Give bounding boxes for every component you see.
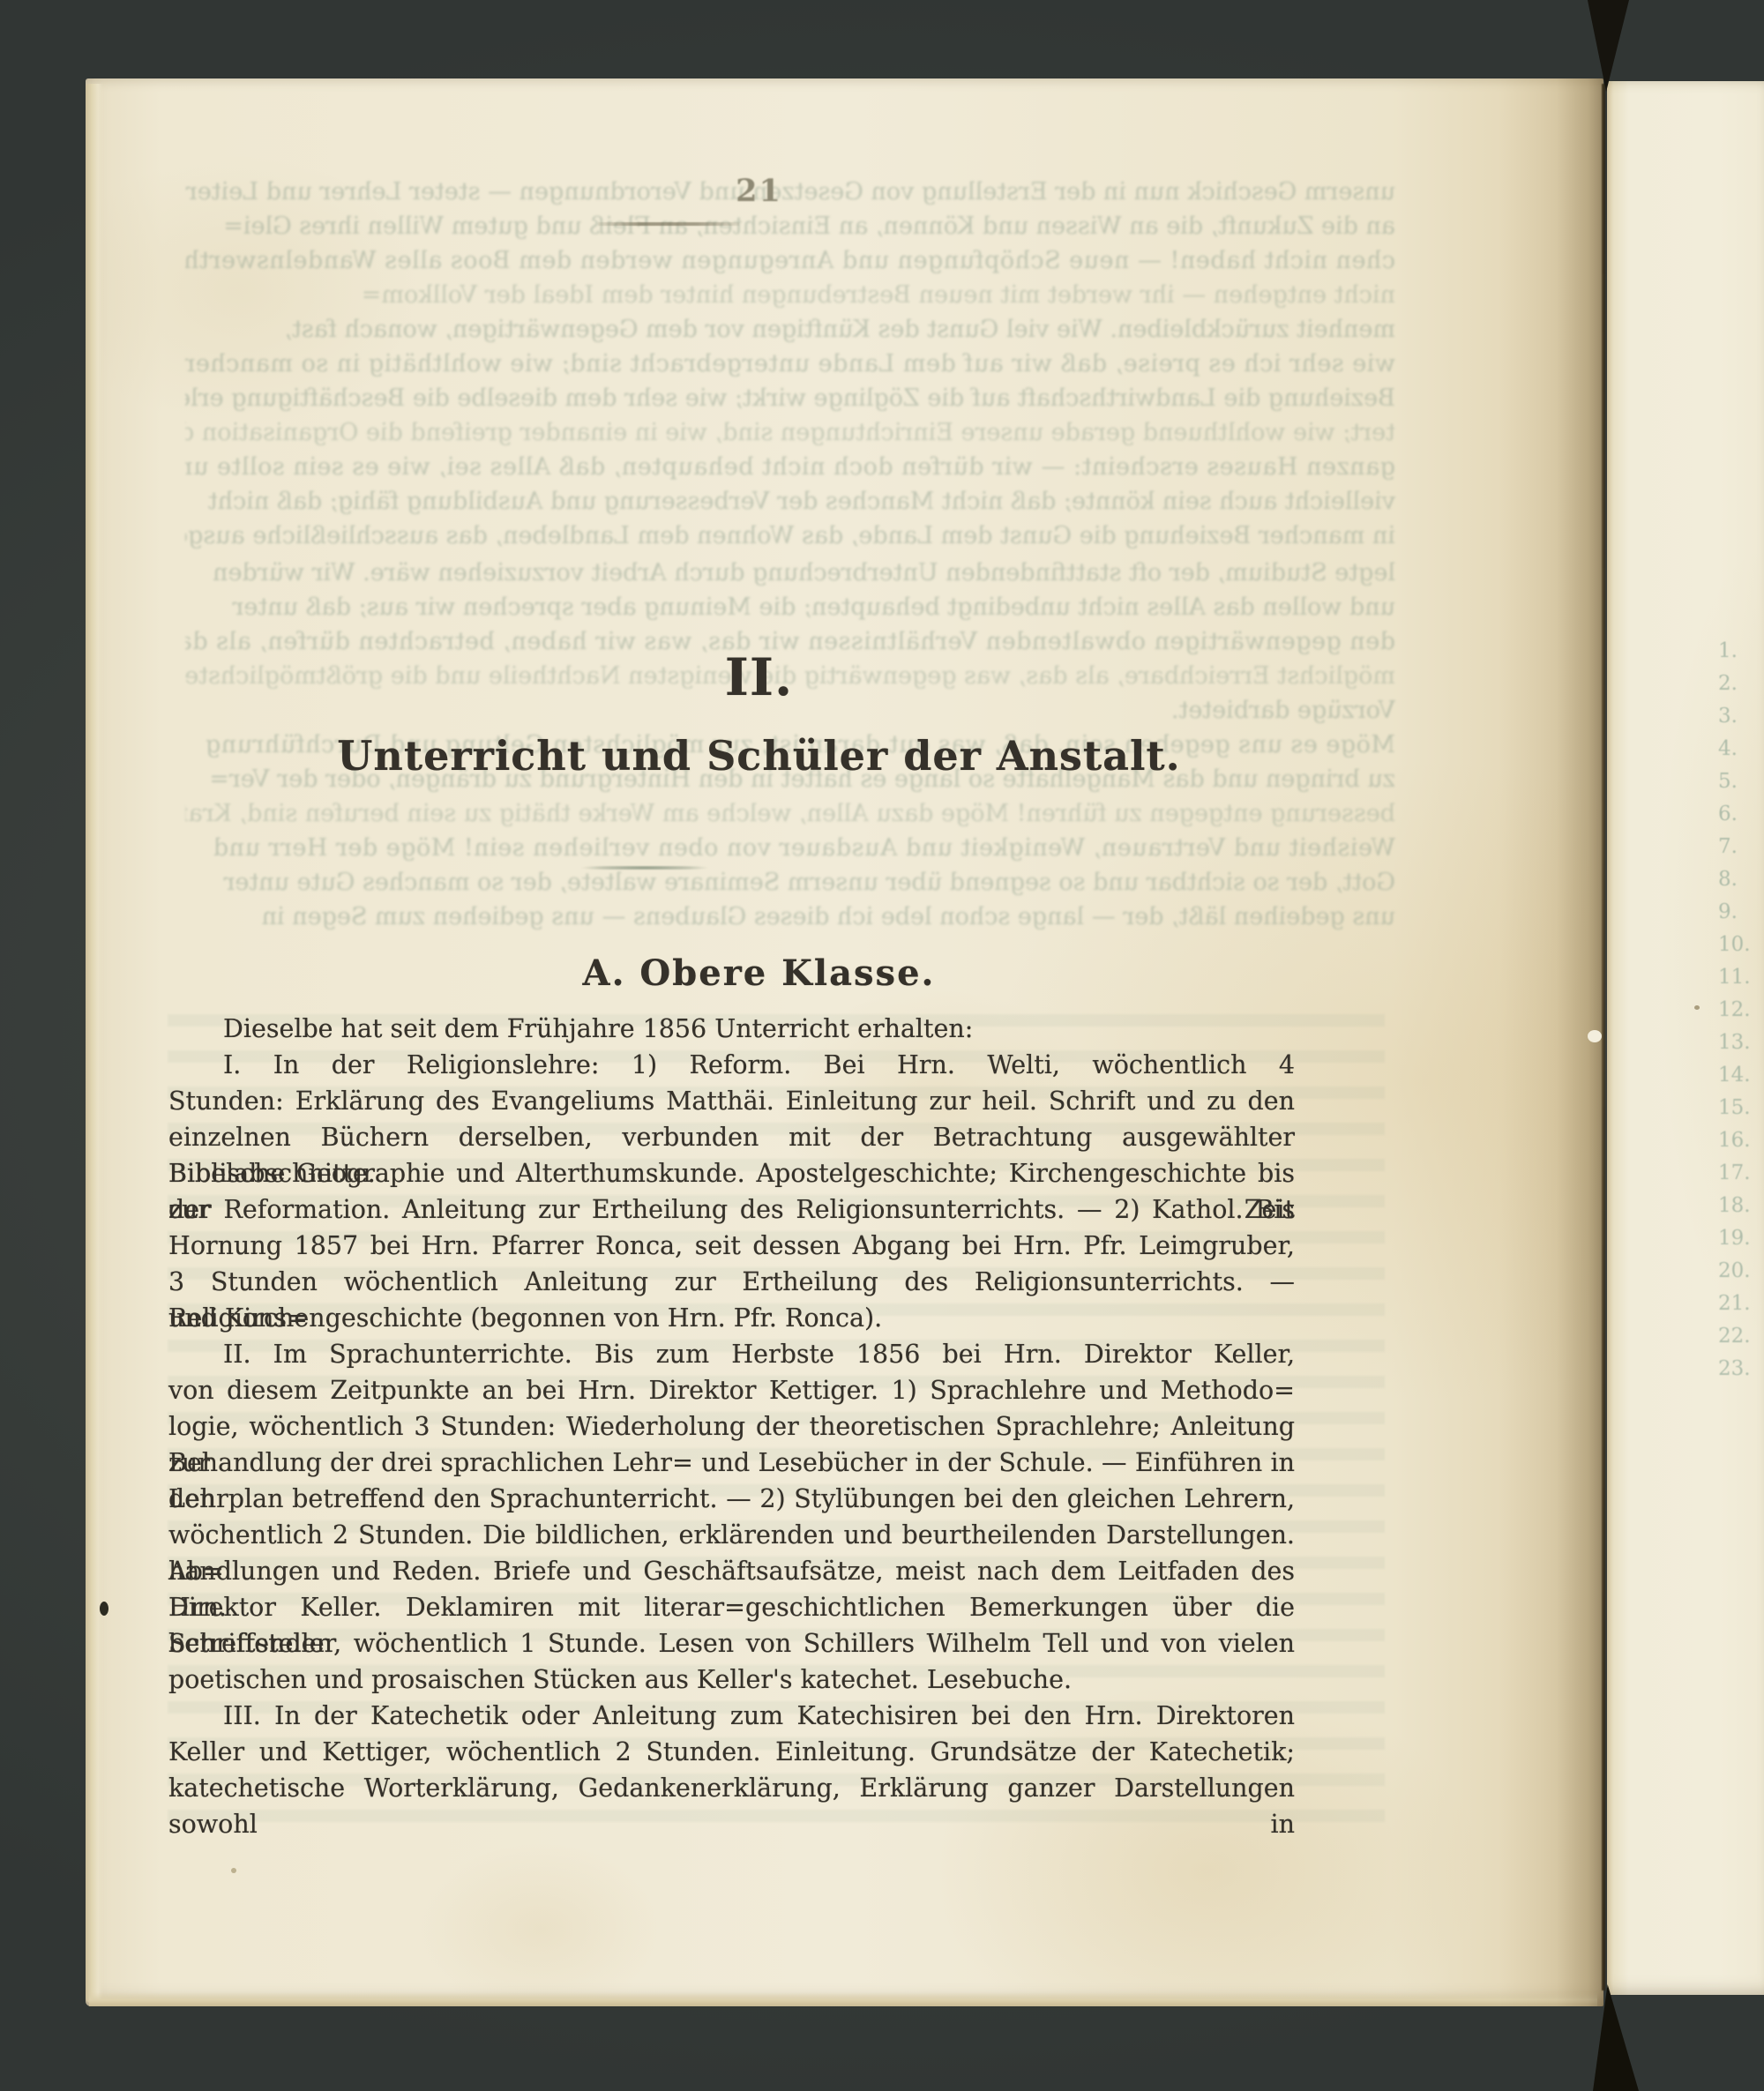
list-number: 20. — [1718, 1255, 1759, 1288]
list-number: 22. — [1718, 1320, 1759, 1353]
gutter-shadow — [1499, 78, 1603, 2006]
text-line: einzelnen Büchern derselben, verbunden m… — [168, 1119, 1295, 1155]
paragraph: III. In der Katechetik oder Anleitung zu… — [168, 1698, 1295, 1806]
page-number-rule — [598, 222, 739, 226]
section-heading: II. — [0, 647, 1518, 707]
bleed-line: menheit zurückbleiben. Wie viel Gunst de… — [185, 312, 1395, 347]
text-line: II. Im Sprachunterrichte. Bis zum Herbst… — [168, 1336, 1295, 1372]
list-number: 10. — [1718, 929, 1759, 961]
text-line: logie, wöchentlich 3 Stunden: Wiederholu… — [168, 1408, 1295, 1445]
list-number: 4. — [1718, 733, 1759, 765]
list-number: 6. — [1718, 798, 1759, 831]
text-line: I. In der Religionslehre: 1) Reform. Bei… — [168, 1047, 1295, 1083]
scanned-book-spread: unserm Geschick nun in der Erstellung vo… — [0, 0, 1764, 2091]
list-number: 18. — [1718, 1190, 1759, 1222]
bleed-line: chen nicht haben! — neue Schöpfungen und… — [185, 243, 1395, 278]
text-line: poetischen und prosaischen Stücken aus K… — [168, 1662, 1295, 1698]
list-number: 8. — [1718, 863, 1759, 896]
paper-speck — [231, 1868, 236, 1873]
bleedthrough-text-top: unserm Geschick nun in der Erstellung vo… — [185, 175, 1395, 553]
text-line: von diesem Zeitpunkte an bei Hrn. Direkt… — [168, 1372, 1295, 1408]
text-line: Behandlung der drei sprachlichen Lehr= u… — [168, 1445, 1295, 1481]
list-number: 3. — [1718, 700, 1759, 733]
text-line: katechetische Worterklärung, Gedankenerk… — [168, 1770, 1295, 1806]
text-line: Schriftsteller, wöchentlich 1 Stunde. Le… — [168, 1625, 1295, 1662]
text-line: Hornung 1857 bei Hrn. Pfarrer Ronca, sei… — [168, 1228, 1295, 1264]
paper-speck — [1694, 1005, 1700, 1010]
list-number: 12. — [1718, 994, 1759, 1027]
bleed-line: nicht entgehen — ihr werdet mit neuen Be… — [185, 278, 1395, 312]
list-number: 17. — [1718, 1157, 1759, 1190]
bleed-line: uns gedeihen läßt, der — lange schon leb… — [185, 900, 1395, 934]
text-line: handlungen und Reden. Briefe und Geschäf… — [168, 1553, 1295, 1589]
next-page-edge: 1.2.3.4.5.6.7.8.9.10.11.12.13.14.15.16.1… — [1607, 81, 1764, 1995]
bleedthrough-separator-rule — [580, 866, 709, 870]
chapter-title: Unterricht und Schüler der Anstalt. — [0, 732, 1518, 780]
next-page-list-numbers: 1.2.3.4.5.6.7.8.9.10.11.12.13.14.15.16.1… — [1718, 635, 1759, 1385]
text-line: Keller und Kettiger, wöchentlich 2 Stund… — [168, 1734, 1295, 1770]
list-number: 23. — [1718, 1353, 1759, 1385]
bleed-line: an die Zukunft, die an Wissen und Können… — [185, 209, 1395, 243]
list-number: 13. — [1718, 1027, 1759, 1059]
paragraph: II. Im Sprachunterrichte. Bis zum Herbst… — [168, 1336, 1295, 1698]
bleed-line: wie sehr ich es preise, daß wir auf dem … — [185, 347, 1395, 381]
list-number: 5. — [1718, 765, 1759, 798]
body-text-column: Dieselbe hat seit dem Frühjahre 1856 Unt… — [168, 1011, 1295, 1806]
list-number: 7. — [1718, 831, 1759, 863]
gutter-crease — [1602, 84, 1605, 1990]
list-number: 1. — [1718, 635, 1759, 668]
list-number: 2. — [1718, 668, 1759, 700]
text-line: Direktor Keller. Deklamiren mit literar=… — [168, 1589, 1295, 1625]
text-line: Biblische Geographie und Alterthumskunde… — [168, 1155, 1295, 1191]
list-number: 16. — [1718, 1124, 1759, 1157]
list-number: 15. — [1718, 1092, 1759, 1124]
text-line: Lehrplan betreffend den Sprachunterricht… — [168, 1481, 1295, 1517]
intro-line: Dieselbe hat seit dem Frühjahre 1856 Unt… — [168, 1011, 1295, 1047]
list-number: 19. — [1718, 1222, 1759, 1255]
ink-speck — [100, 1602, 108, 1616]
text-line: und Kirchengeschichte (begonnen von Hrn.… — [168, 1300, 1295, 1336]
bleed-line: in mancher Beziehung die Gunst dem Lande… — [185, 519, 1395, 553]
text-line: Stunden: Erklärung des Evangeliums Matth… — [168, 1083, 1295, 1119]
list-number: 9. — [1718, 896, 1759, 929]
bleed-line: besserung entgegen zu führen! Möge dazu … — [185, 796, 1395, 831]
bleed-line: Weisheit und Vertrauen, Wenigkeit und Au… — [185, 831, 1395, 865]
text-line: wöchentlich 2 Stunden. Die bildlichen, e… — [168, 1517, 1295, 1553]
bleed-line: tert; wie wohlthuend gerade unsere Einri… — [185, 415, 1395, 450]
page-number: 21 — [0, 173, 1518, 209]
list-number: 14. — [1718, 1059, 1759, 1092]
list-number: 11. — [1718, 961, 1759, 994]
paragraphs: I. In der Religionslehre: 1) Reform. Bei… — [168, 1047, 1295, 1806]
bleed-line: und wollen das Alles nicht unbedingt beh… — [185, 590, 1395, 624]
bleed-line: vielleicht auch sein könnte; daß nicht M… — [185, 484, 1395, 519]
list-number: 21. — [1718, 1288, 1759, 1320]
paragraph: I. In der Religionslehre: 1) Reform. Bei… — [168, 1047, 1295, 1336]
subsection-heading: A. Obere Klasse. — [0, 952, 1518, 994]
page-stack-edge-left — [86, 84, 103, 2003]
bleed-line: ganzen Hauses erscheint: — wir dürfen do… — [185, 450, 1395, 484]
paper-chip — [1588, 1030, 1602, 1042]
page-stack-edge-bottom — [89, 1992, 1597, 2006]
bleed-line: Gott, der so sichtbar und so segnend übe… — [185, 865, 1395, 900]
text-line: 3 Stunden wöchentlich Anleitung zur Erth… — [168, 1264, 1295, 1300]
bleed-line: Beziehung die Landwirthschaft auf die Zö… — [185, 381, 1395, 415]
bleed-line: legte Studium, der oft stattfindenden Un… — [185, 556, 1395, 590]
text-line: der Reformation. Anleitung zur Ertheilun… — [168, 1191, 1295, 1228]
text-line: III. In der Katechetik oder Anleitung zu… — [168, 1698, 1295, 1734]
